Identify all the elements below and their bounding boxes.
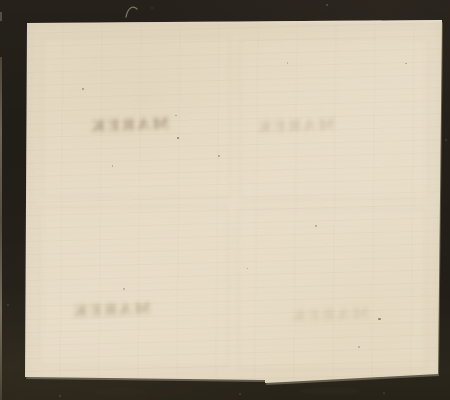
stamp-frame-showthrough-bottom-left: [39, 206, 229, 368]
mount-left-edge-highlight: [0, 57, 2, 400]
paper-speck: [123, 288, 125, 290]
paper-speck: [315, 225, 317, 227]
stamp-frame-showthrough-bottom-right: [237, 208, 427, 370]
paper-speck: [177, 137, 179, 139]
paper-speck: [358, 346, 360, 348]
photo-frame: MAREK MAREK MAREK MAREK: [0, 0, 450, 400]
paper-speck: [378, 318, 381, 320]
mount-edge-mark: [0, 12, 2, 21]
stamp-frame-showthrough-top-left: [41, 36, 231, 198]
paper-speck: [175, 115, 177, 116]
paper-speck: [218, 155, 220, 157]
paper-speck: [82, 88, 84, 90]
paper-speck: [112, 165, 113, 167]
paper-speck: [247, 268, 248, 269]
paper-speck: [405, 63, 407, 64]
paper-speck: [287, 62, 288, 64]
stamp-block-paper: MAREK MAREK MAREK MAREK: [25, 20, 443, 384]
stamp-frame-showthrough-top-right: [239, 38, 429, 200]
